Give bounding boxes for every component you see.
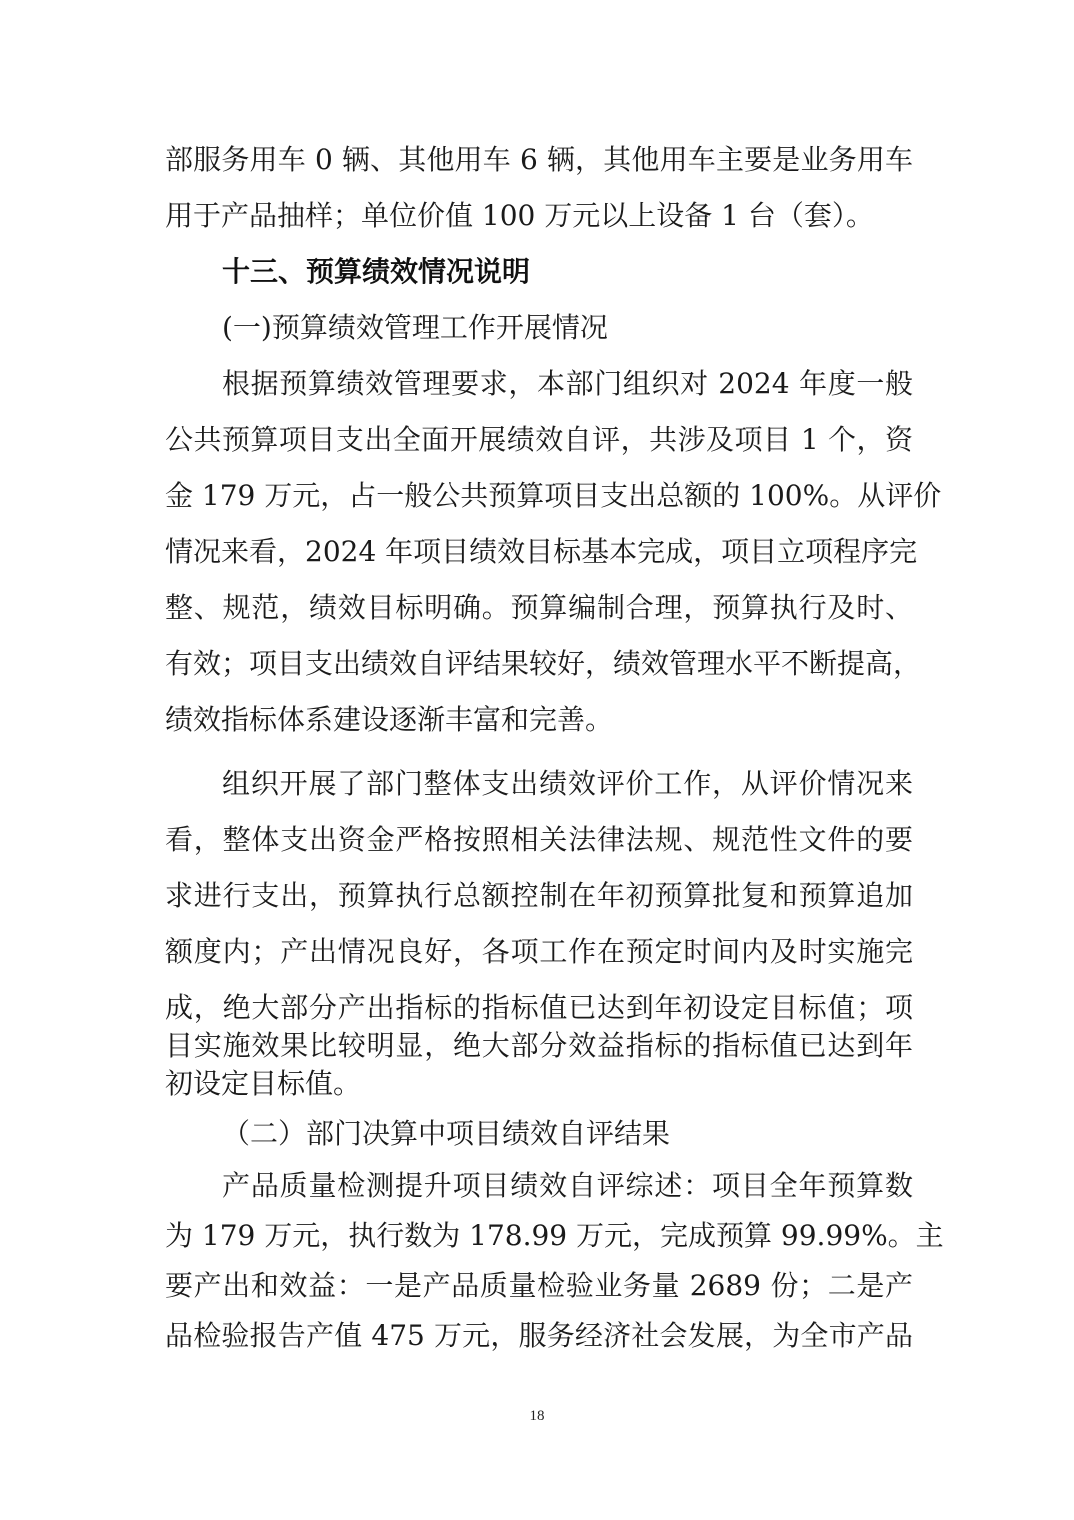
body-text-line: 有效；项目支出绩效自评结果较好，绩效管理水平不断提高， (165, 644, 913, 684)
body-text-line: 额度内；产出情况良好，各项工作在预定时间内及时实施完 (165, 932, 913, 972)
body-text-line: 初设定目标值。 (165, 1064, 913, 1104)
body-text-line: 公共预算项目支出全面开展绩效自评，共涉及项目 1 个，资 (165, 420, 913, 460)
body-text-line: 部服务用车 0 辆、其他用车 6 辆，其他用车主要是业务用车 (165, 140, 913, 180)
section-heading: 十三、预算绩效情况说明 (222, 252, 530, 292)
body-text-line: 情况来看，2024 年项目绩效目标基本完成，项目立项程序完 (165, 532, 913, 572)
body-text-line: 要产出和效益：一是产品质量检验业务量 2689 份；二是产 (165, 1266, 913, 1306)
body-text-line: 成，绝大部分产出指标的指标值已达到年初设定目标值；项 (165, 988, 913, 1028)
page-number: 18 (0, 1408, 1074, 1425)
body-text-line: 绩效指标体系建设逐渐丰富和完善。 (165, 700, 913, 740)
body-text-line: 组织开展了部门整体支出绩效评价工作，从评价情况来 (222, 764, 913, 804)
body-text-line: 求进行支出，预算执行总额控制在年初预算批复和预算追加 (165, 876, 913, 916)
body-text-line: 产品质量检测提升项目绩效自评综述：项目全年预算数 (222, 1166, 913, 1206)
body-text-line: 看，整体支出资金严格按照相关法律法规、规范性文件的要 (165, 820, 913, 860)
subsection-heading-2: （二）部门决算中项目绩效自评结果 (222, 1114, 670, 1154)
body-text-line: 为 179 万元，执行数为 178.99 万元，完成预算 99.99%。主 (165, 1216, 913, 1256)
body-text-line: 品检验报告产值 475 万元，服务经济社会发展，为全市产品 (165, 1316, 913, 1356)
body-text-line: 根据预算绩效管理要求，本部门组织对 2024 年度一般 (222, 364, 913, 404)
subsection-heading-1: (一)预算绩效管理工作开展情况 (222, 308, 608, 348)
body-text-line: 目实施效果比较明显，绝大部分效益指标的指标值已达到年 (165, 1026, 913, 1066)
body-text-line: 金 179 万元，占一般公共预算项目支出总额的 100%。从评价 (165, 476, 913, 516)
document-page: 部服务用车 0 辆、其他用车 6 辆，其他用车主要是业务用车 用于产品抽样；单位… (0, 0, 1074, 1520)
body-text-line: 整、规范，绩效目标明确。预算编制合理，预算执行及时、 (165, 588, 913, 628)
body-text-line: 用于产品抽样；单位价值 100 万元以上设备 1 台（套）。 (165, 196, 913, 236)
